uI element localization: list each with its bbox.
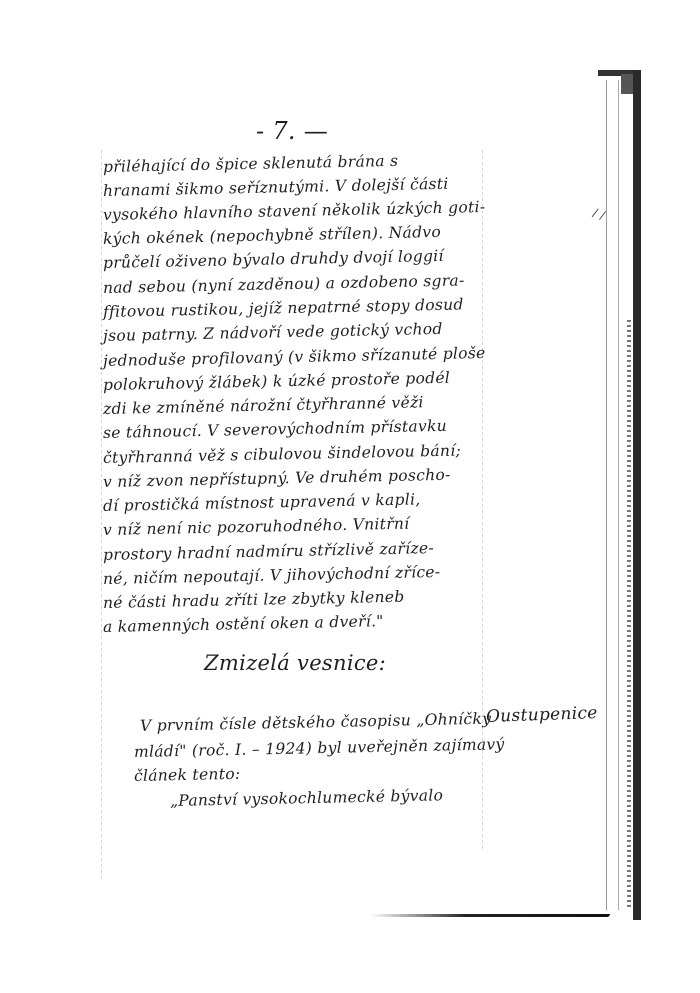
book-spine xyxy=(633,70,641,920)
text-line: polokruhový žlábek) k úzké prostoře podé… xyxy=(103,369,450,394)
book-bottom-edge xyxy=(370,914,610,917)
text-line: jsou patrny. Z nádvoří vede gotický vcho… xyxy=(103,320,443,345)
text-line: se táhnoucí. V severovýchodním přístavku xyxy=(103,417,447,442)
text-line: průčelí oživeno bývalo druhdy dvojí logg… xyxy=(103,247,444,272)
text-line: prostory hradní nadmíru střízlivě zaříze… xyxy=(103,539,434,564)
text-line: vysokého hlavního stavení několik úzkých… xyxy=(103,198,486,224)
text-line: né části hradu zříti lze zbytky kleneb xyxy=(103,588,405,612)
page-leaf-edge xyxy=(606,80,607,910)
text-line: ffitovou rustikou, jejíž nepatrné stopy … xyxy=(103,295,464,321)
text-line: né, ničím nepoutají. V jihovýchodní zříc… xyxy=(103,563,441,588)
text-line: a kamenných ostění oken a dveří." xyxy=(103,612,384,636)
text-line: „Panství vysokochlumecké bývalo xyxy=(170,786,444,810)
left-margin-rule xyxy=(101,150,102,880)
binding-stitching xyxy=(627,320,631,910)
margin-note: Oustupenice xyxy=(486,703,598,727)
text-line: v níž není nic pozoruhodného. Vnitřní xyxy=(103,515,410,539)
section-heading: Zmizelá vesnice: xyxy=(204,651,386,675)
text-line: hranami šikmo seříznutými. V dolejší čás… xyxy=(103,175,449,200)
text-line: mládí" (roč. I. – 1924) byl uveřejněn za… xyxy=(134,735,505,761)
scanned-page: / / - 7. — přiléhající do špice sklenutá… xyxy=(0,0,700,993)
book-edge xyxy=(596,70,641,920)
text-line: v níž zvon nepřístupný. Ve druhém poscho… xyxy=(103,466,451,491)
text-line: čtyřhranná věž s cibulovou šindelovou bá… xyxy=(103,442,461,467)
text-line: přiléhající do špice sklenutá brána s xyxy=(103,152,399,176)
text-line: článek tento: xyxy=(134,765,241,785)
text-line: jednoduše profilovaný (v šikmo sřízanuté… xyxy=(103,344,486,370)
text-line: V prvním čísle dětského časopisu „Ohníčk… xyxy=(140,710,492,735)
text-line: nad sebou (nyní zazděnou) a ozdobeno sgr… xyxy=(103,271,465,297)
text-line: kých okének (nepochybně střílen). Nádvo xyxy=(103,223,441,248)
page-number: - 7. — xyxy=(256,117,328,145)
page-leaf-edge xyxy=(618,80,619,910)
text-line: zdi ke zmíněné nárožní čtyřhranné věži xyxy=(103,393,424,418)
text-line: dí prostičká místnost upravená v kapli, xyxy=(103,490,421,515)
